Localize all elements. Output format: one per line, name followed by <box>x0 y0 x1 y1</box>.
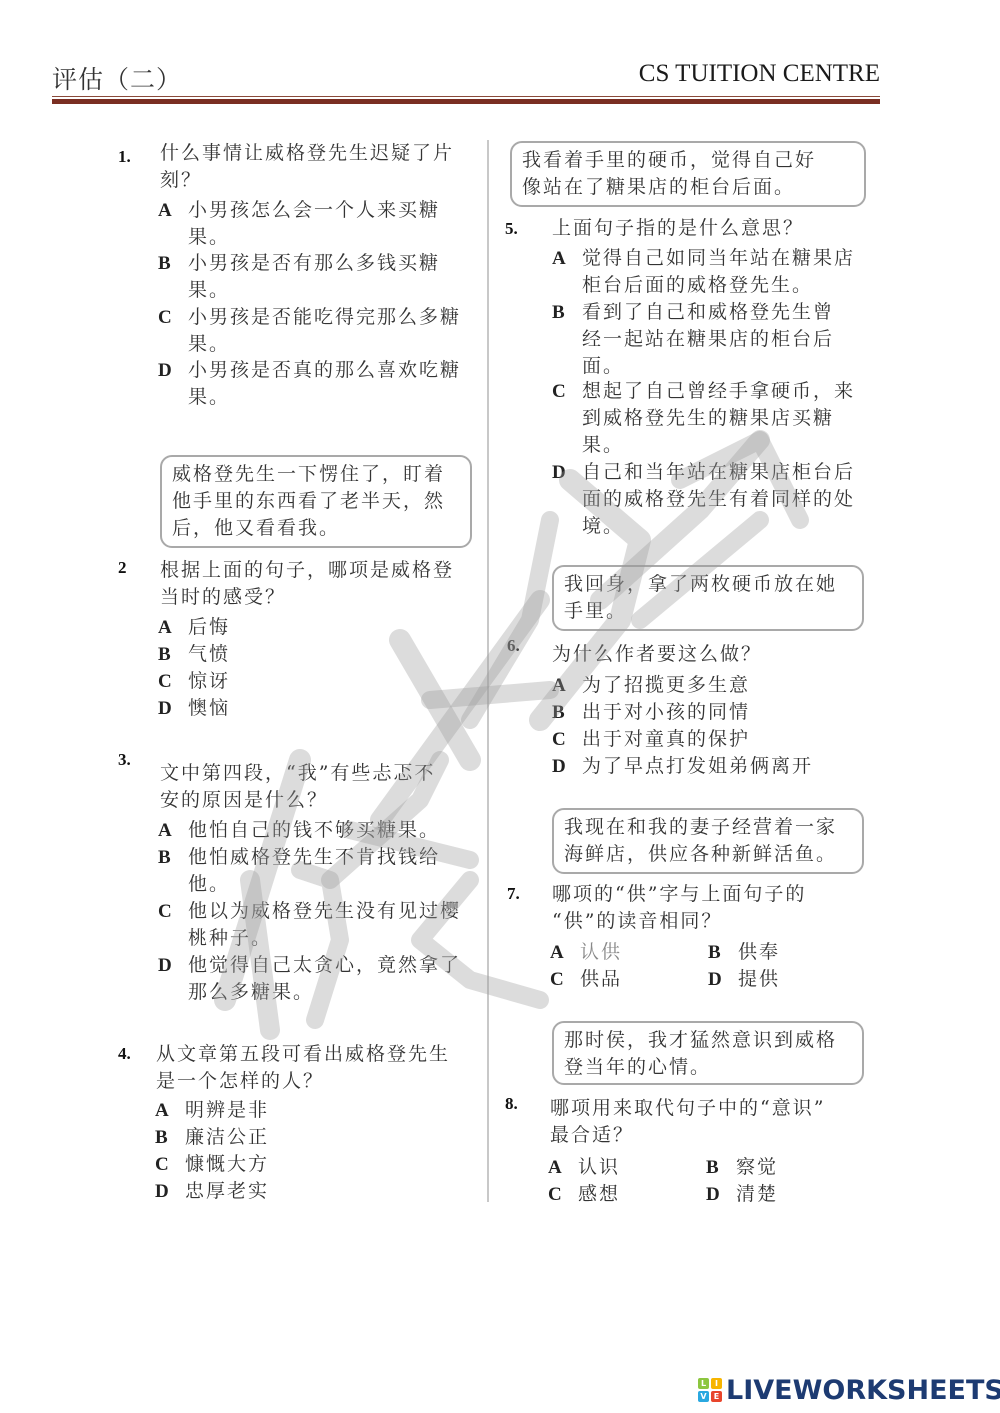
question-number: 7. <box>507 884 520 904</box>
watermark-calligraphy <box>0 0 1000 1413</box>
question-text: 上面句子指的是什么意思？ <box>552 215 804 242</box>
passage-box: 我回身，拿了两枚硬币放在她 手里。 <box>552 565 864 631</box>
passage-box: 那时侯，我才猛然意识到威格 登当年的心情。 <box>552 1021 864 1085</box>
question-text: 哪项用来取代句子中的“意识” 最合适？ <box>550 1095 825 1149</box>
live-grid-icon: L I V E <box>698 1378 722 1402</box>
question-number: 6. <box>507 636 520 656</box>
brand-text: LIVEWORKSHEETS <box>726 1375 1000 1406</box>
question-text: 为什么作者要这么做？ <box>552 641 762 668</box>
passage-box: 我看着手里的硬币，觉得自己好 像站在了糖果店的柜台后面。 <box>510 141 866 207</box>
question-number: 1. <box>118 147 131 167</box>
question-text: 哪项的“供”字与上面句子的 “供”的读音相同？ <box>552 881 806 935</box>
passage-box: 我现在和我的妻子经营着一家 海鲜店，供应各种新鲜活鱼。 <box>552 808 864 874</box>
centre-name: CS TUITION CENTRE <box>639 60 880 88</box>
question-number: 8. <box>505 1094 518 1114</box>
header-rule-thin <box>52 96 880 97</box>
question-number: 5. <box>505 219 518 239</box>
passage-box: 威格登先生一下愣住了，盯着 他手里的东西看了老半天，然 后，他又看看我。 <box>160 455 472 548</box>
question-text: 从文章第五段可看出威格登先生 是一个怎样的人？ <box>156 1041 450 1095</box>
question-number: 3. <box>118 750 131 770</box>
question-text: 什么事情让威格登先生迟疑了片 刻？ <box>160 140 454 194</box>
header-rule-thick <box>52 99 880 104</box>
worksheet-title: 评估（二） <box>52 60 182 96</box>
question-text: 根据上面的句子，哪项是威格登 当时的感受？ <box>160 557 454 611</box>
page-header: 评估（二） CS TUITION CENTRE <box>52 58 880 98</box>
question-number: 2 <box>118 558 127 578</box>
question-text: 文中第四段，“我”有些忐忑不 安的原因是什么？ <box>160 760 435 814</box>
liveworksheets-logo[interactable]: L I V E LIVEWORKSHEETS <box>698 1375 1000 1405</box>
question-number: 4. <box>118 1044 131 1064</box>
column-divider <box>487 140 489 1202</box>
